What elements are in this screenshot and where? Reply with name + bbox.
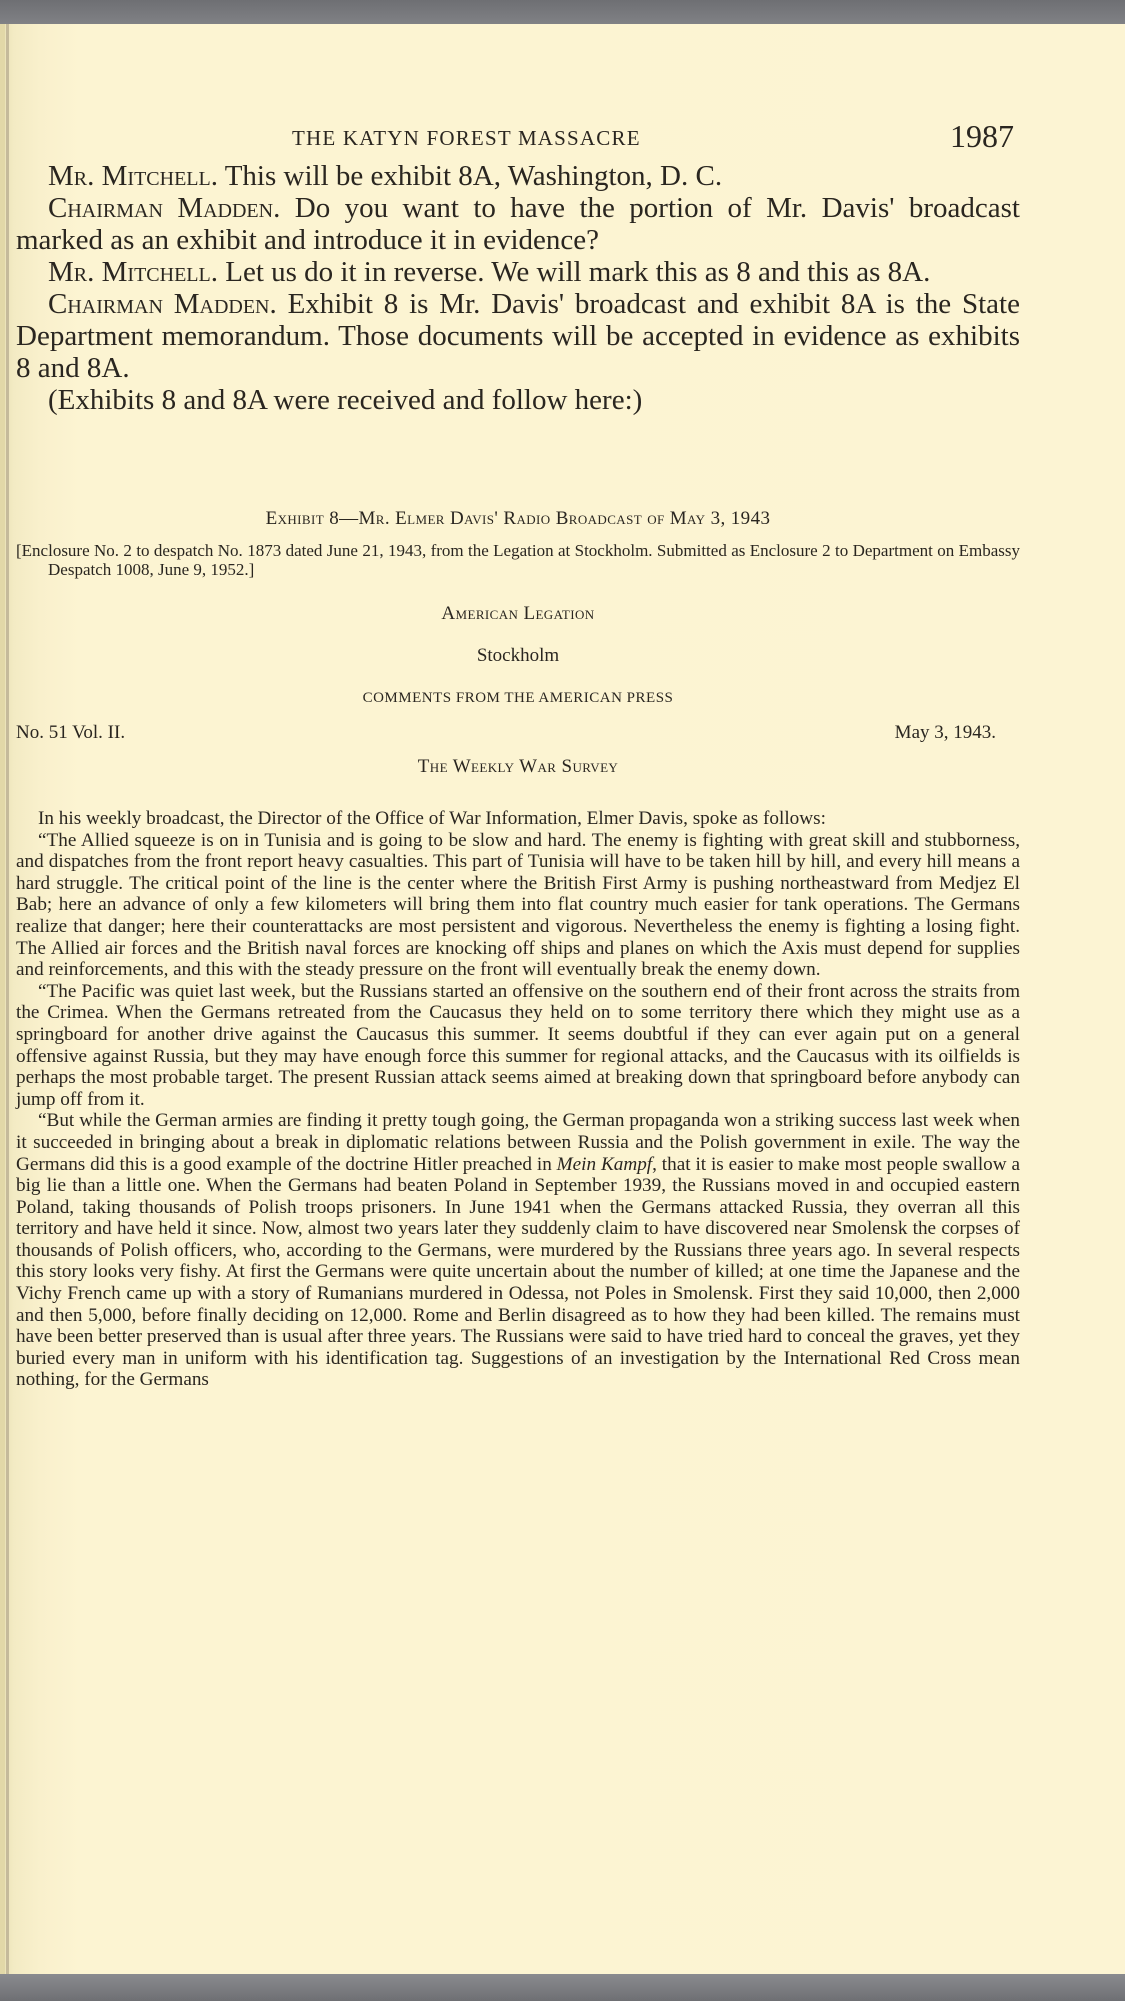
issue-number: No. 51 Vol. II. (16, 722, 125, 744)
survey-title: The Weekly War Survey (16, 756, 1020, 778)
page-binding-line (6, 24, 9, 1974)
stage-direction: (Exhibits 8 and 8A were received and fol… (16, 384, 1020, 416)
body-intro: In his weekly broadcast, the Director of… (16, 808, 1020, 830)
page-binding-edge (0, 24, 5, 1974)
testimony-line: Chairman Madden. Do you want to have the… (16, 192, 1020, 256)
letterhead-section: COMMENTS FROM THE AMERICAN PRESS (16, 690, 1020, 707)
statement: This will be exhibit 8A, Washington, D. … (218, 160, 722, 192)
statement: Let us do it in reverse. We will mark th… (218, 256, 930, 288)
letterhead-city: Stockholm (16, 645, 1020, 667)
enclosure-note: [Enclosure No. 2 to despatch No. 1873 da… (16, 541, 1020, 579)
issue-row: No. 51 Vol. II. May 3, 1943. (16, 722, 996, 744)
exhibit-heading: Exhibit 8—Mr. Elmer Davis' Radio Broadca… (16, 508, 1020, 530)
enclosure-note-block: [Enclosure No. 2 to despatch No. 1873 da… (16, 541, 1020, 579)
viewer-bottom-bar (0, 1974, 1125, 2001)
speaker: Chairman Madden. (48, 192, 280, 224)
speaker: Mr. Mitchell. (48, 160, 218, 192)
broadcast-body: In his weekly broadcast, the Director of… (16, 808, 1020, 1391)
viewer-top-bar (0, 0, 1125, 24)
testimony-line: Mr. Mitchell. Let us do it in reverse. W… (16, 256, 1020, 288)
running-title: THE KATYN FOREST MASSACRE (292, 126, 641, 151)
body-paragraph: “The Pacific was quiet last week, but th… (16, 981, 1020, 1111)
body-text: , that it is easier to make most people … (16, 1154, 1020, 1391)
testimony-line: Chairman Madden. Exhibit 8 is Mr. Davis'… (16, 288, 1020, 384)
letterhead-org: American Legation (16, 603, 1020, 625)
body-paragraph: “But while the German armies are finding… (16, 1110, 1020, 1391)
issue-date: May 3, 1943. (895, 722, 996, 744)
speaker: Chairman Madden. (48, 288, 277, 320)
testimony-line: Mr. Mitchell. This will be exhibit 8A, W… (16, 160, 1020, 192)
book-title: Mein Kampf (557, 1154, 652, 1175)
page-number: 1987 (950, 118, 1014, 155)
testimony-block: Mr. Mitchell. This will be exhibit 8A, W… (16, 160, 1020, 416)
body-paragraph: “The Allied squeeze is on in Tunisia and… (16, 830, 1020, 981)
document-page: THE KATYN FOREST MASSACRE 1987 Mr. Mitch… (0, 24, 1125, 1974)
speaker: Mr. Mitchell. (48, 256, 218, 288)
